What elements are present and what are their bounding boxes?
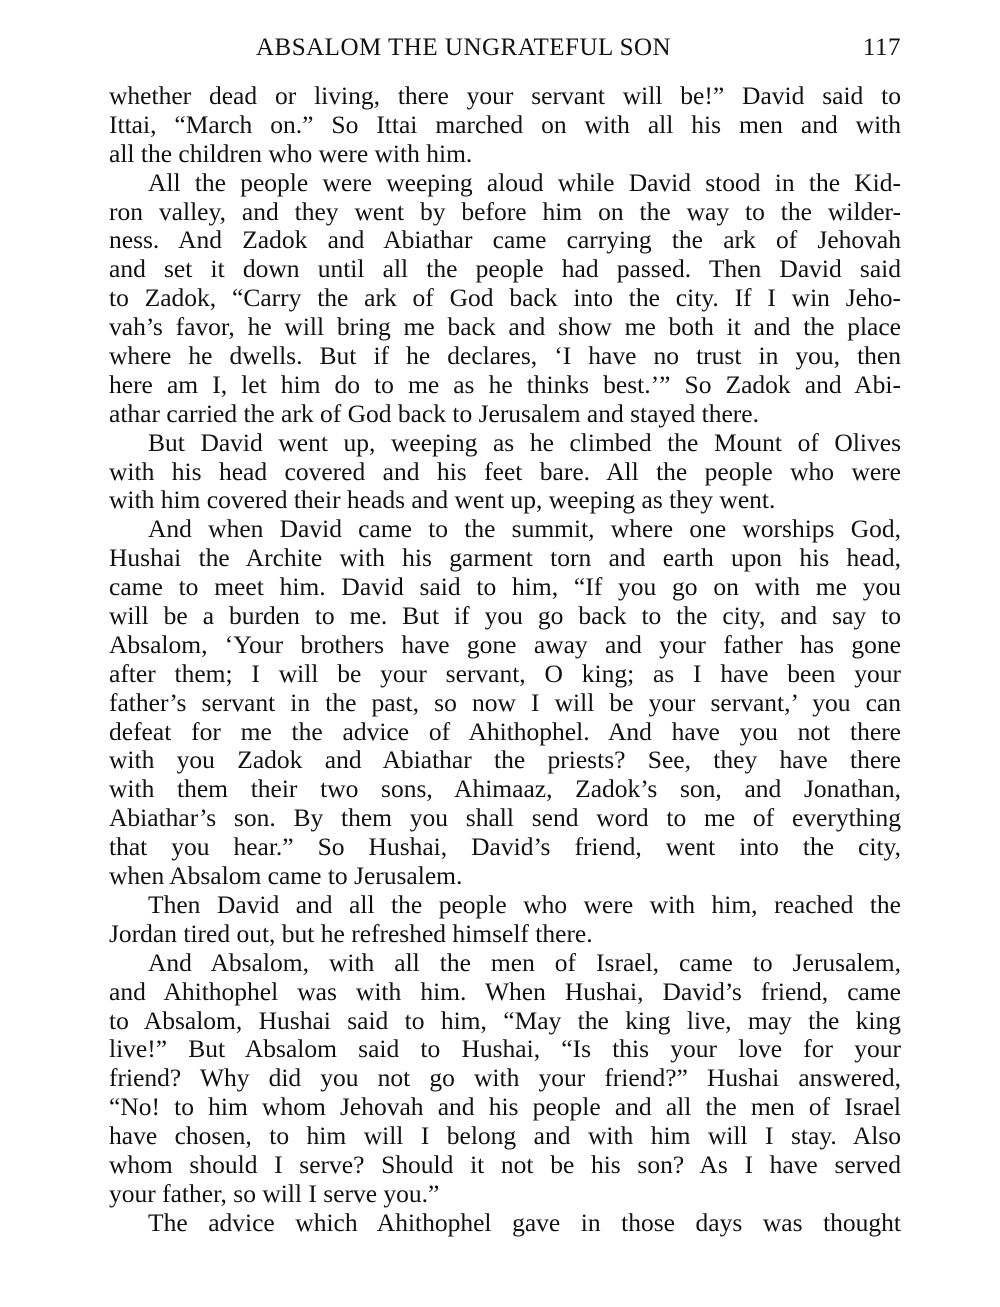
text-line: Abiathar’s son. By them you shall send w… (109, 804, 901, 833)
text-line: after them; I will be your servant, O ki… (109, 660, 901, 689)
text-line: where he dwells. But if he declares, ‘I … (109, 342, 901, 371)
text-line: Ittai, “March on.” So Ittai marched on w… (109, 111, 901, 140)
text-line: with you Zadok and Abiathar the priests?… (109, 746, 901, 775)
text-line: here am I, let him do to me as he thinks… (109, 371, 901, 400)
text-line: All the people were weeping aloud while … (109, 169, 901, 198)
text-line: “No! to him whom Jehovah and his people … (109, 1093, 901, 1122)
text-line: with him covered their heads and went up… (109, 486, 901, 515)
text-line: And when David came to the summit, where… (109, 515, 901, 544)
text-line: to Absalom, Hushai said to him, “May the… (109, 1007, 901, 1036)
text-line: with them their two sons, Ahimaaz, Zadok… (109, 775, 901, 804)
text-line: father’s servant in the past, so now I w… (109, 689, 901, 718)
paragraph: The advice which Ahithophel gave in thos… (109, 1209, 901, 1238)
text-line: ron valley, and they went by before him … (109, 198, 901, 227)
body-text: whether dead or living, there your serva… (109, 82, 901, 1238)
text-line: The advice which Ahithophel gave in thos… (109, 1209, 901, 1238)
text-line: athar carried the ark of God back to Jer… (109, 400, 901, 429)
text-line: ness. And Zadok and Abiathar came carryi… (109, 226, 901, 255)
paragraph: But David went up, weeping as he climbed… (109, 429, 901, 516)
text-line: Absalom, ‘Your brothers have gone away a… (109, 631, 901, 660)
paragraph: And when David came to the summit, where… (109, 515, 901, 891)
text-line: Jordan tired out, but he refreshed himse… (109, 920, 901, 949)
book-page: ABSALOM THE UNGRATEFUL SON 117 whether d… (109, 30, 901, 1238)
text-line: and set it down until all the people had… (109, 255, 901, 284)
text-line: your father, so will I serve you.” (109, 1180, 901, 1209)
text-line: to Zadok, “Carry the ark of God back int… (109, 284, 901, 313)
paragraph: And Absalom, with all the men of Israel,… (109, 949, 901, 1209)
paragraph: All the people were weeping aloud while … (109, 169, 901, 429)
text-line: whether dead or living, there your serva… (109, 82, 901, 111)
text-line: defeat for me the advice of Ahithophel. … (109, 718, 901, 747)
text-line: when Absalom came to Jerusalem. (109, 862, 901, 891)
text-line: Then David and all the people who were w… (109, 891, 901, 920)
text-line: all the children who were with him. (109, 140, 901, 169)
text-line: friend? Why did you not go with your fri… (109, 1064, 901, 1093)
running-title: ABSALOM THE UNGRATEFUL SON (256, 30, 671, 66)
text-line: came to meet him. David said to him, “If… (109, 573, 901, 602)
text-line: And Absalom, with all the men of Israel,… (109, 949, 901, 978)
text-line: vah’s favor, he will bring me back and s… (109, 313, 901, 342)
running-head: ABSALOM THE UNGRATEFUL SON 117 (109, 30, 901, 66)
text-line: and Ahithophel was with him. When Hushai… (109, 978, 901, 1007)
text-line: But David went up, weeping as he climbed… (109, 429, 901, 458)
text-line: with his head covered and his feet bare.… (109, 458, 901, 487)
page-number: 117 (863, 30, 901, 66)
paragraph: Then David and all the people who were w… (109, 891, 901, 949)
text-line: live!” But Absalom said to Hushai, “Is t… (109, 1035, 901, 1064)
text-line: Hushai the Archite with his garment torn… (109, 544, 901, 573)
text-line: will be a burden to me. But if you go ba… (109, 602, 901, 631)
paragraph: whether dead or living, there your serva… (109, 82, 901, 169)
text-line: whom should I serve? Should it not be hi… (109, 1151, 901, 1180)
text-line: that you hear.” So Hushai, David’s frien… (109, 833, 901, 862)
text-line: have chosen, to him will I belong and wi… (109, 1122, 901, 1151)
